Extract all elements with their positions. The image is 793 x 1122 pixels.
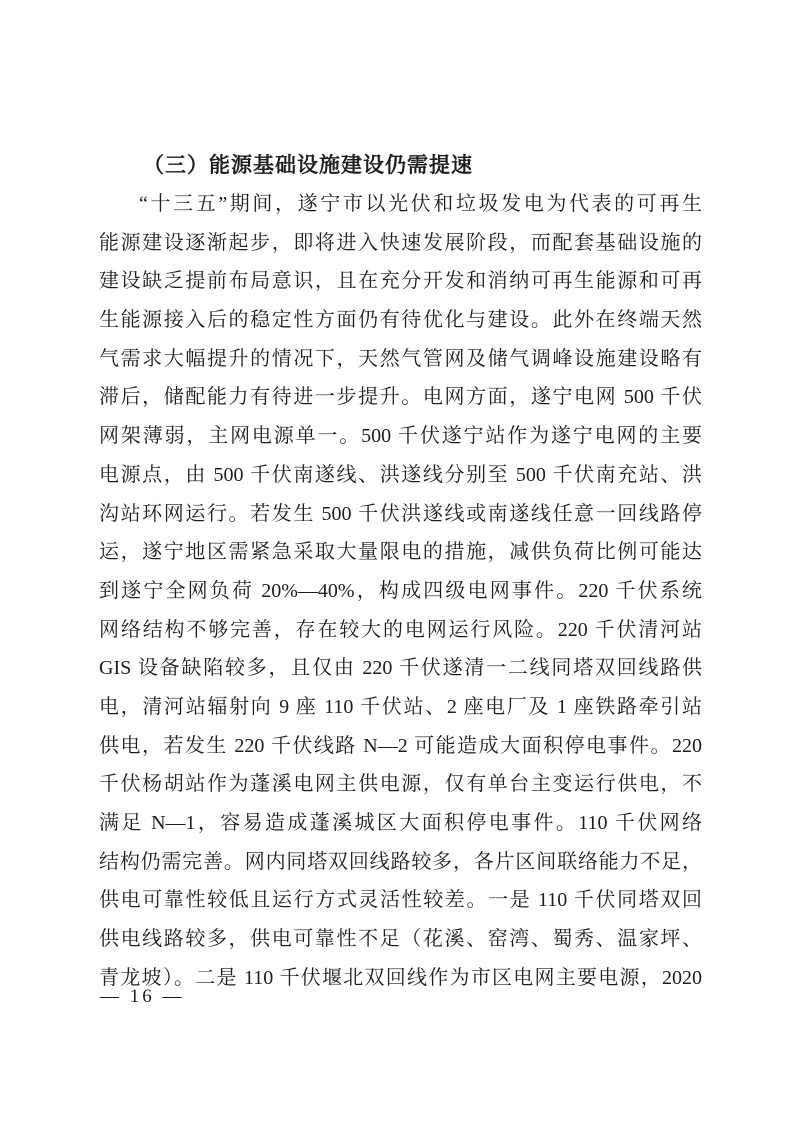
body-line: 千伏杨胡站作为蓬溪电网主供电源，仅有单台主变运行供电，不	[99, 765, 702, 804]
body-line: 供电线路较多，供电可靠性不足（花溪、窑湾、蜀秀、温家坪、	[99, 920, 702, 959]
body-line: 电源点，由 500 千伏南遂线、洪遂线分别至 500 千伏南充站、洪	[99, 456, 702, 495]
body-line: 运，遂宁地区需紧急采取大量限电的措施，减供负荷比例可能达	[99, 533, 702, 572]
section-heading: （三）能源基础设施建设仍需提速	[99, 146, 702, 185]
body-line: “十三五”期间，遂宁市以光伏和垃圾发电为代表的可再生	[99, 185, 702, 224]
body-line: 青龙坡）。二是 110 千伏堰北双回线作为市区电网主要电源，2020	[99, 959, 702, 998]
body-line: 沟站环网运行。若发生 500 千伏洪遂线或南遂线任意一回线路停	[99, 495, 702, 534]
body-line: 能源建设逐渐起步，即将进入快速发展阶段，而配套基础设施的	[99, 224, 702, 263]
body-line: 建设缺乏提前布局意识，且在充分开发和消纳可再生能源和可再	[99, 262, 702, 301]
body-line: 电，清河站辐射向 9 座 110 千伏站、2 座电厂及 1 座铁路牵引站	[99, 688, 702, 727]
body-line: 满足 N—1，容易造成蓬溪城区大面积停电事件。110 千伏网络	[99, 804, 702, 843]
body-line: 气需求大幅提升的情况下，天然气管网及储气调峰设施建设略有	[99, 340, 702, 379]
body-line: 网架薄弱，主网电源单一。500 千伏遂宁站作为遂宁电网的主要	[99, 417, 702, 456]
body-line: 网络结构不够完善，存在较大的电网运行风险。220 千伏清河站	[99, 611, 702, 650]
body-line: 供电，若发生 220 千伏线路 N—2 可能造成大面积停电事件。220	[99, 727, 702, 766]
body-line: GIS 设备缺陷较多，且仅由 220 千伏遂清一二线同塔双回线路供	[99, 649, 702, 688]
text-block: （三）能源基础设施建设仍需提速 “十三五”期间，遂宁市以光伏和垃圾发电为代表的可…	[99, 146, 702, 997]
body-line: 生能源接入后的稳定性方面仍有待优化与建设。此外在终端天然	[99, 301, 702, 340]
body-line: 供电可靠性较低且运行方式灵活性较差。一是 110 千伏同塔双回	[99, 881, 702, 920]
body-line: 结构仍需完善。网内同塔双回线路较多，各片区间联络能力不足，	[99, 843, 702, 882]
body-line: 到遂宁全网负荷 20%—40%，构成四级电网事件。220 千伏系统	[99, 572, 702, 611]
body-line: 滞后，储配能力有待进一步提升。电网方面，遂宁电网 500 千伏	[99, 378, 702, 417]
page-number: — 16 —	[100, 986, 185, 1008]
document-page: （三）能源基础设施建设仍需提速 “十三五”期间，遂宁市以光伏和垃圾发电为代表的可…	[0, 0, 793, 1122]
